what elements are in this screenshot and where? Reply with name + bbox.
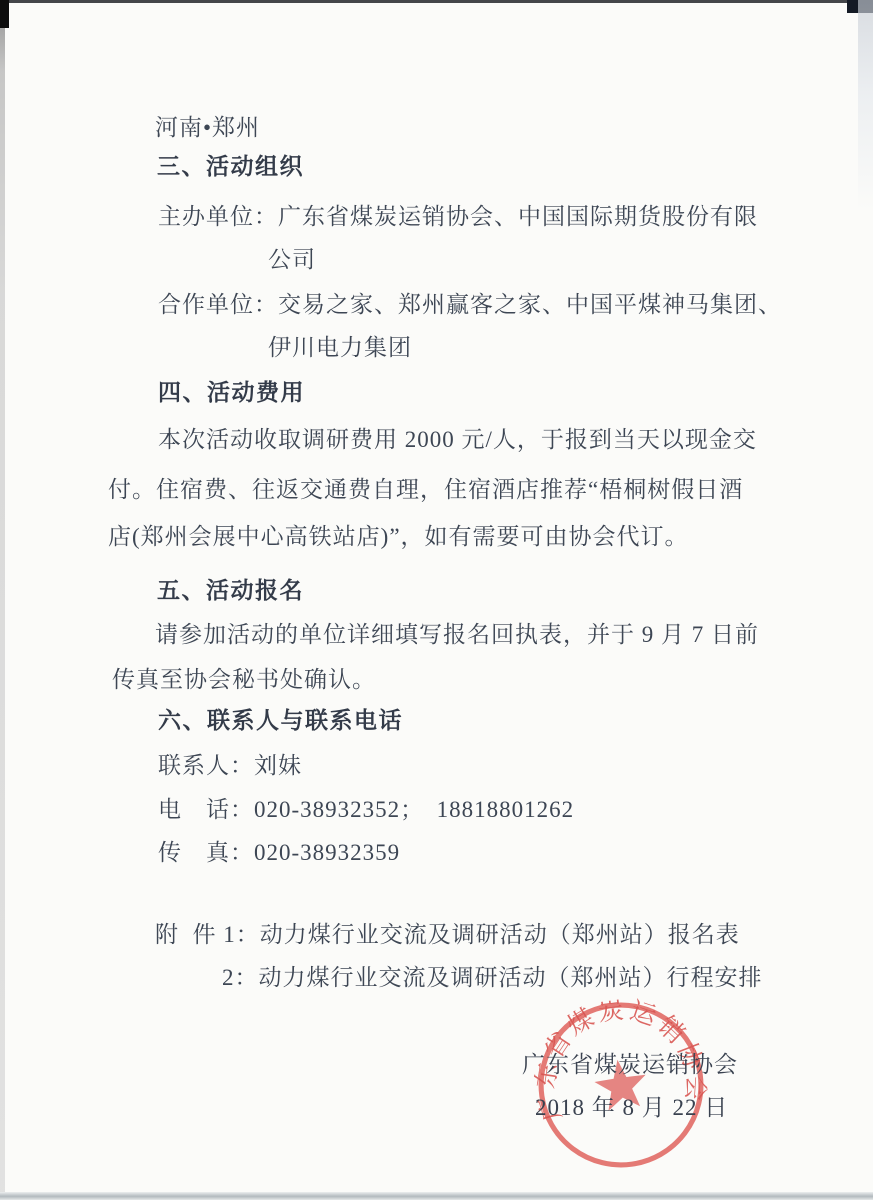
attachment-line-2: 2：动力煤行业交流及调研活动（郑州站）行程安排 xyxy=(222,964,763,992)
section-5-heading: 五、活动报名 xyxy=(157,577,304,605)
fax-line: 传 真：020-38932359 xyxy=(158,839,400,867)
fees-line-3: 店(郑州会展中心高铁站店)”，如有需要可由协会代订。 xyxy=(108,523,689,551)
contact-person-line: 联系人：刘妹 xyxy=(158,752,302,780)
section-4-heading: 四、活动费用 xyxy=(158,379,305,407)
attachment-line-1: 附 件 1：动力煤行业交流及调研活动（郑州站）报名表 xyxy=(155,921,740,949)
phone-line: 电 话：020-38932352； 18818801262 xyxy=(158,796,574,824)
location-line: 河南•郑州 xyxy=(155,114,260,142)
fees-line-1: 本次活动收取调研费用 2000 元/人，于报到当天以现金交 xyxy=(158,426,757,454)
scanned-document-page: { "document": { "location": "河南•郑州", "se… xyxy=(0,0,873,1200)
host-units-line-2: 公司 xyxy=(268,246,316,274)
host-units-line-1: 主办单位：广东省煤炭运销协会、中国国际期货股份有限 xyxy=(158,203,758,231)
registration-line-1: 请参加活动的单位详细填写报名回执表，并于 9 月 7 日前 xyxy=(155,621,759,649)
fees-line-2: 付。住宿费、往返交通费自理，住宿酒店推荐“梧桐树假日酒 xyxy=(108,476,743,504)
partner-units-line-2: 伊川电力集团 xyxy=(268,334,412,362)
section-6-heading: 六、联系人与联系电话 xyxy=(158,707,403,735)
document-text-layer: 河南•郑州 三、活动组织 主办单位：广东省煤炭运销协会、中国国际期货股份有限 公… xyxy=(0,0,873,1200)
signature-date: 2018 年 8 月 22 日 xyxy=(535,1094,728,1122)
signature-org: 广东省煤炭运销协会 xyxy=(522,1051,738,1079)
registration-line-2: 传真至协会秘书处确认。 xyxy=(112,666,376,694)
partner-units-line-1: 合作单位：交易之家、郑州赢客之家、中国平煤神马集团、 xyxy=(158,291,782,319)
section-3-heading: 三、活动组织 xyxy=(157,153,304,181)
